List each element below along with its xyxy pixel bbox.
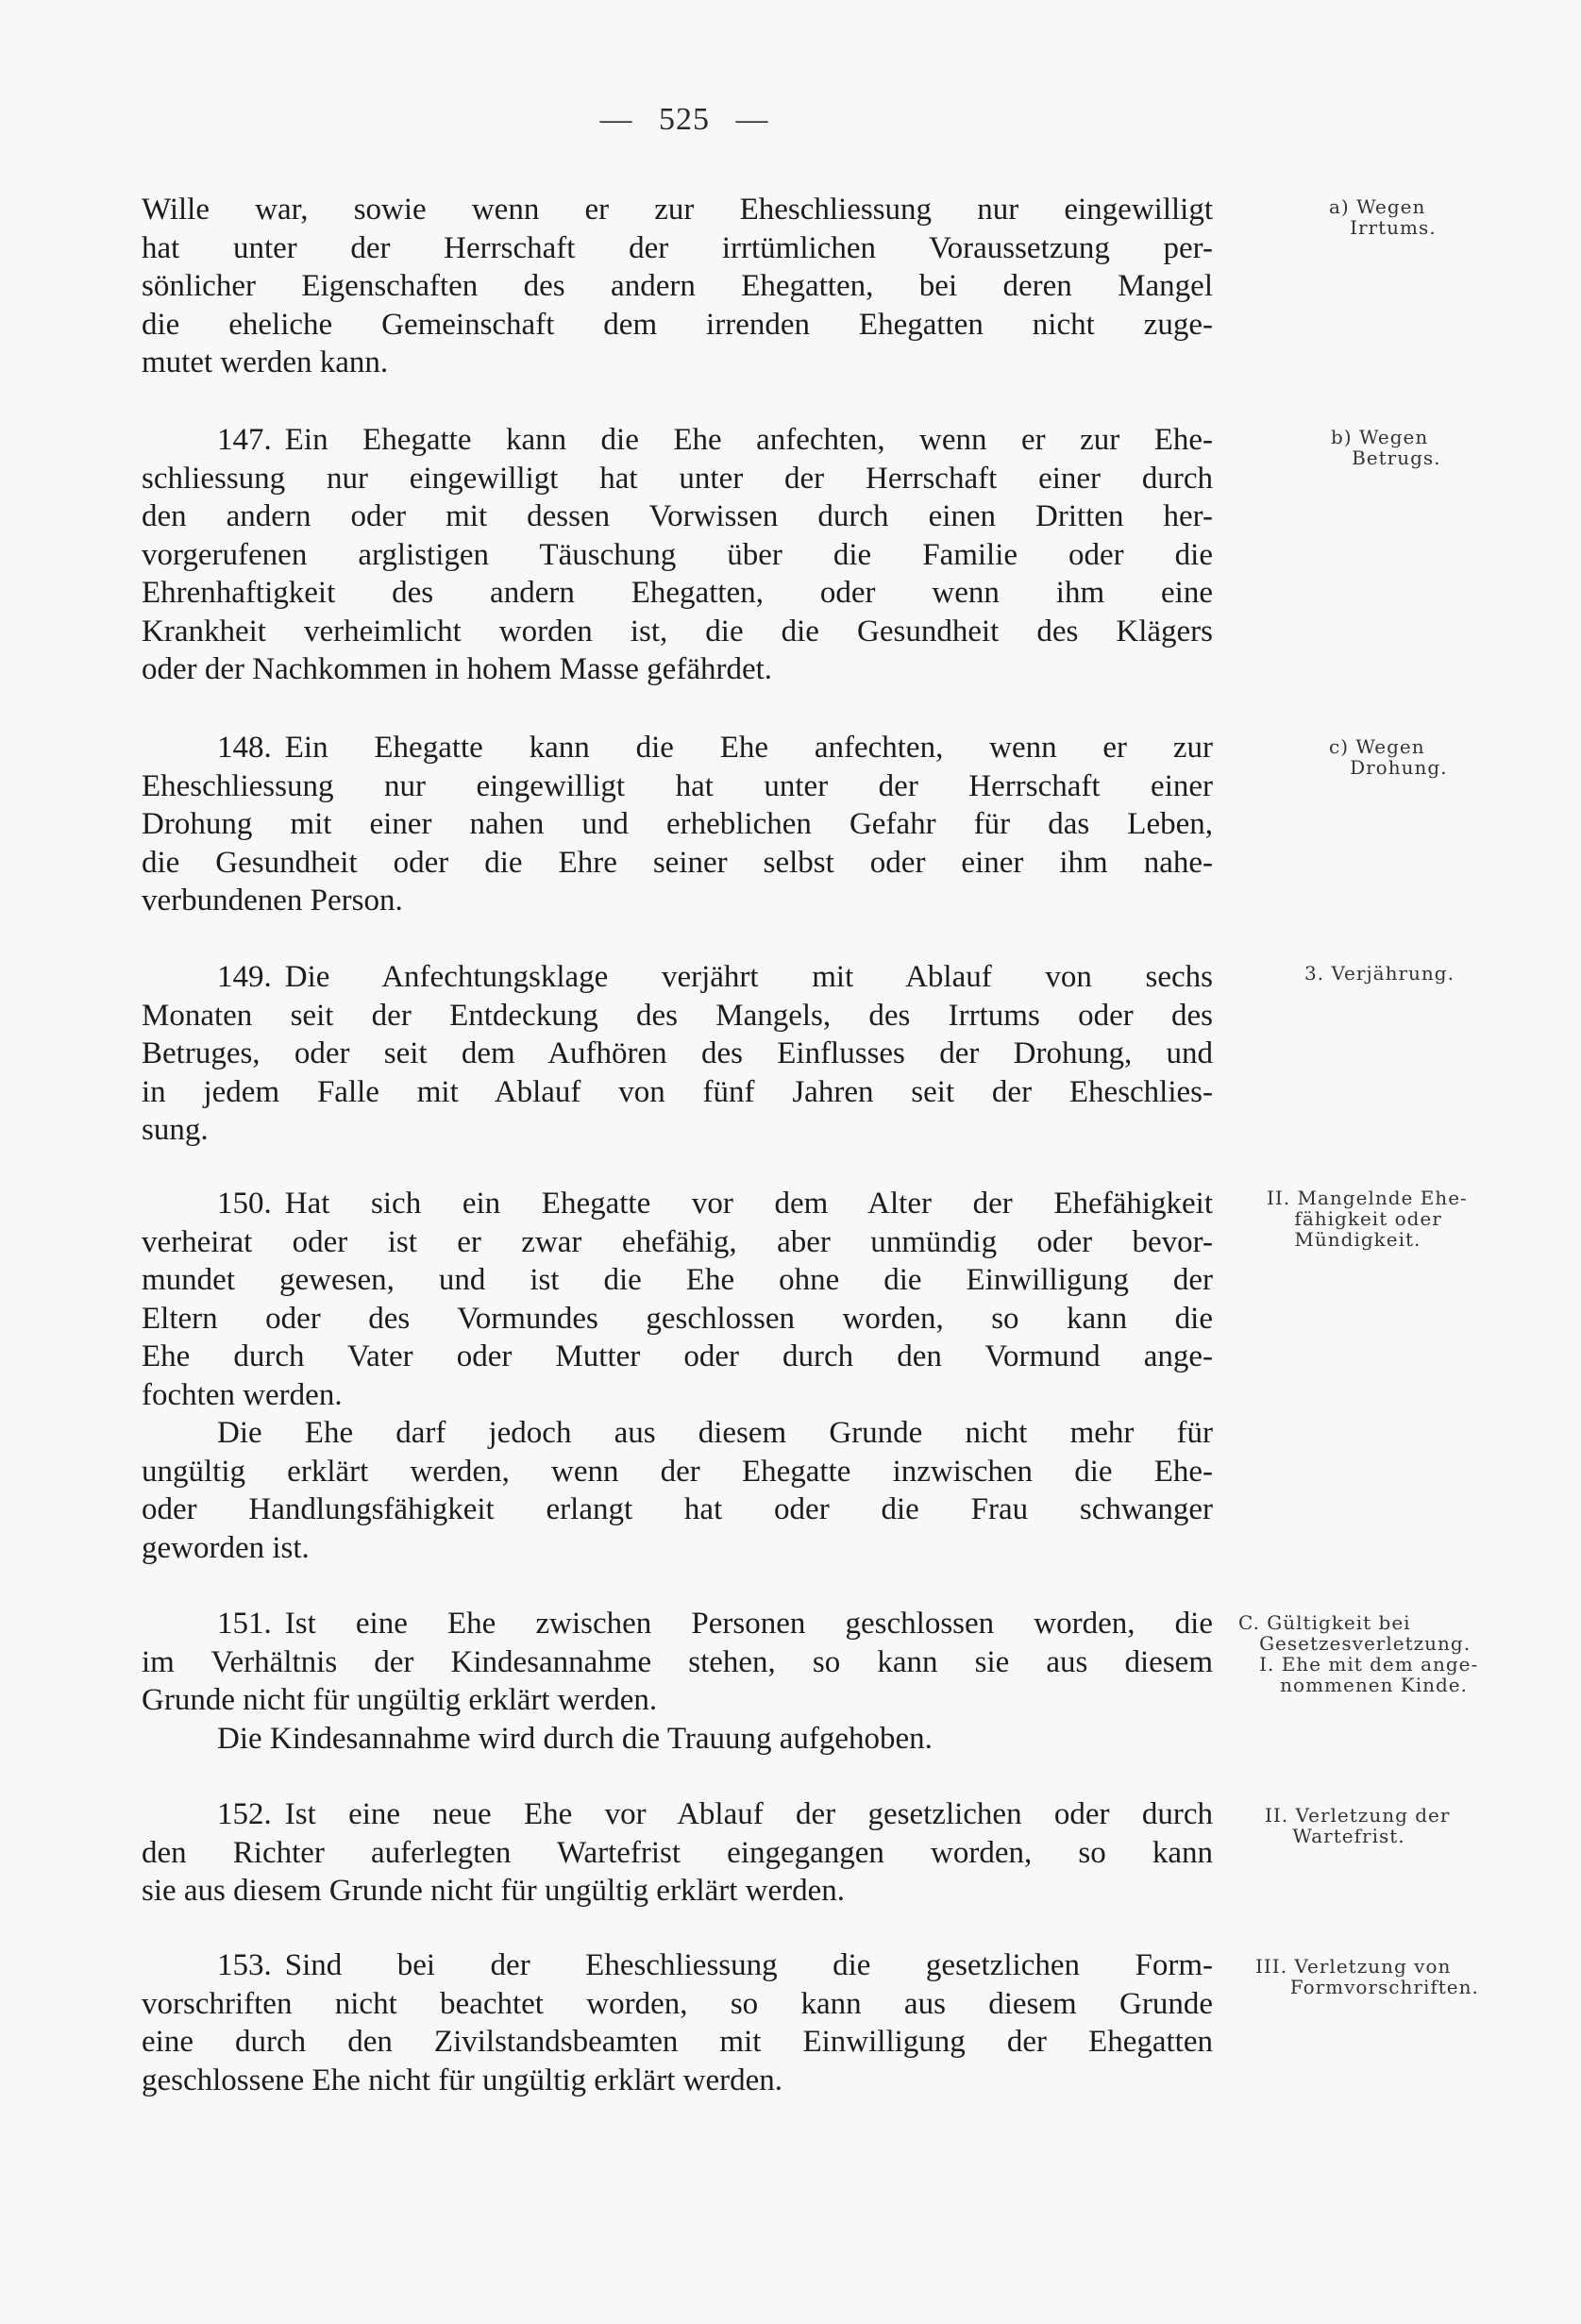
text-line-content: in jedem Falle mit Ablauf von fünf Jahre…	[142, 1075, 1213, 1109]
text-line: 151.Ist eine Ehe zwischen Personen gesch…	[142, 1605, 1213, 1643]
text-line-content: mundet gewesen, und ist die Ehe ohne die…	[142, 1263, 1213, 1297]
text-line: geworden ist.	[142, 1529, 1213, 1568]
article-number: 150.	[217, 1187, 272, 1221]
text-line-content: die eheliche Gemeinschaft dem irrenden E…	[142, 308, 1213, 342]
text-line: hat unter der Herrschaft der irrtümliche…	[142, 229, 1213, 268]
text-line: die Gesundheit oder die Ehre seiner selb…	[142, 844, 1213, 883]
text-line-content: Ehe durch Vater oder Mutter oder durch d…	[142, 1339, 1213, 1373]
text-line: 150.Hat sich ein Ehegatte vor dem Alter …	[142, 1185, 1213, 1223]
text-line-content: Betruges, oder seit dem Aufhören des Ein…	[142, 1036, 1213, 1070]
text-line: sönlicher Eigenschaften des andern Ehega…	[142, 267, 1213, 306]
margin-note-wegen-drohung: c) Wegen Drohung.	[1329, 736, 1448, 778]
text-line-content: verheirat oder ist er zwar ehefähig, abe…	[142, 1225, 1213, 1259]
margin-note-mangelnde-ehefaehigkeit: II. Mangelnde Ehe- fähigkeit oder Mündig…	[1267, 1187, 1468, 1250]
text-line-content: Drohung mit einer nahen und erheblichen …	[142, 807, 1213, 841]
text-line: sung.	[142, 1111, 1213, 1150]
text-line: eine durch den Zivilstandsbeamten mit Ei…	[142, 2023, 1213, 2062]
article-152: 152.Ist eine neue Ehe vor Ablauf der ges…	[142, 1795, 1213, 1911]
text-line: den andern oder mit dessen Vorwissen dur…	[142, 497, 1213, 536]
text-line-content: hat unter der Herrschaft der irrtümliche…	[142, 231, 1213, 265]
text-line-content: Ein Ehegatte kann die Ehe anfechten, wen…	[285, 423, 1213, 457]
text-line: Wille war, sowie wenn er zur Eheschliess…	[142, 191, 1213, 229]
article-150: 150.Hat sich ein Ehegatte vor dem Alter …	[142, 1185, 1213, 1567]
text-line: geschlossene Ehe nicht für ungültig erkl…	[142, 2062, 1213, 2100]
text-line-content: Die Anfechtungsklage verjährt mit Ablauf…	[285, 960, 1213, 994]
article-147: 147.Ein Ehegatte kann die Ehe anfechten,…	[142, 421, 1213, 689]
text-line-content: oder der Nachkommen in hohem Masse gefäh…	[142, 652, 772, 686]
text-line-content: Eheschliessung nur eingewilligt hat unte…	[142, 769, 1213, 803]
text-line: Die Ehe darf jedoch aus diesem Grunde ni…	[142, 1414, 1213, 1453]
text-line-content: Eltern oder des Vormundes geschlossen wo…	[142, 1302, 1213, 1336]
text-line: schliessung nur eingewilligt hat unter d…	[142, 460, 1213, 498]
text-line: mutet werden kann.	[142, 344, 1213, 382]
text-line-content: sung.	[142, 1113, 209, 1147]
article-number: 152.	[217, 1797, 272, 1831]
text-line-content: Die Kindesannahme wird durch die Trauung…	[217, 1722, 933, 1756]
text-line: im Verhältnis der Kindesannahme stehen, …	[142, 1643, 1213, 1682]
text-line-content: Ist eine neue Ehe vor Ablauf der gesetzl…	[285, 1797, 1213, 1831]
article-148: 148.Ein Ehegatte kann die Ehe anfechten,…	[142, 729, 1213, 920]
page-number: — 525 —	[0, 102, 1369, 138]
text-line: Monaten seit der Entdeckung des Mangels,…	[142, 997, 1213, 1036]
page-number-value: 525	[659, 102, 710, 137]
margin-note-wegen-irrtums: a) Wegen Irrtums.	[1329, 196, 1437, 238]
text-line: 147.Ein Ehegatte kann die Ehe anfechten,…	[142, 421, 1213, 460]
text-line-content: vorschriften nicht beachtet worden, so k…	[142, 1987, 1213, 2021]
text-line-content: sie aus diesem Grunde nicht für ungültig…	[142, 1874, 845, 1908]
text-line-content: sönlicher Eigenschaften des andern Ehega…	[142, 269, 1213, 303]
text-line: die eheliche Gemeinschaft dem irrenden E…	[142, 306, 1213, 345]
text-line-content: mutet werden kann.	[142, 345, 388, 379]
text-line-content: den Richter auferlegten Wartefrist einge…	[142, 1836, 1213, 1870]
text-line: 149.Die Anfechtungsklage verjährt mit Ab…	[142, 958, 1213, 997]
text-line-content: vorgerufenen arglistigen Täuschung über …	[142, 538, 1213, 572]
text-line: vorschriften nicht beachtet worden, so k…	[142, 1985, 1213, 2024]
text-line: Eltern oder des Vormundes geschlossen wo…	[142, 1300, 1213, 1339]
paragraph-continuation: Wille war, sowie wenn er zur Eheschliess…	[142, 191, 1213, 382]
text-line: den Richter auferlegten Wartefrist einge…	[142, 1834, 1213, 1873]
text-line: mundet gewesen, und ist die Ehe ohne die…	[142, 1261, 1213, 1300]
page-number-dash-left: —	[600, 102, 633, 138]
text-line: oder der Nachkommen in hohem Masse gefäh…	[142, 650, 1213, 689]
article-number: 148.	[217, 731, 272, 765]
margin-note-verjaehrung: 3. Verjährung.	[1304, 963, 1455, 984]
text-line: Drohung mit einer nahen und erheblichen …	[142, 805, 1213, 844]
margin-note-gueltigkeit-gesetzesverletzung: C. Gültigkeit bei Gesetzesverletzung. I.…	[1238, 1612, 1478, 1695]
text-line: ungültig erklärt werden, wenn der Ehegat…	[142, 1453, 1213, 1491]
text-line: Die Kindesannahme wird durch die Trauung…	[142, 1720, 1213, 1759]
text-line-content: im Verhältnis der Kindesannahme stehen, …	[142, 1645, 1213, 1679]
text-line-content: Ein Ehegatte kann die Ehe anfechten, wen…	[285, 731, 1213, 765]
text-line-content: Monaten seit der Entdeckung des Mangels,…	[142, 999, 1213, 1033]
page-number-dash-right: —	[736, 102, 769, 138]
text-line: 148.Ein Ehegatte kann die Ehe anfechten,…	[142, 729, 1213, 767]
article-149: 149.Die Anfechtungsklage verjährt mit Ab…	[142, 958, 1213, 1150]
text-line: in jedem Falle mit Ablauf von fünf Jahre…	[142, 1073, 1213, 1112]
text-line: fochten werden.	[142, 1376, 1213, 1415]
text-line-content: oder Handlungsfähigkeit erlangt hat oder…	[142, 1492, 1213, 1526]
text-line: oder Handlungsfähigkeit erlangt hat oder…	[142, 1490, 1213, 1529]
text-line: Betruges, oder seit dem Aufhören des Ein…	[142, 1035, 1213, 1073]
text-line: Ehe durch Vater oder Mutter oder durch d…	[142, 1338, 1213, 1376]
article-number: 149.	[217, 960, 272, 994]
text-line: 152.Ist eine neue Ehe vor Ablauf der ges…	[142, 1795, 1213, 1834]
text-line-content: Sind bei der Eheschliessung die gesetzli…	[285, 1948, 1213, 1982]
text-line-content: ungültig erklärt werden, wenn der Ehegat…	[142, 1455, 1213, 1489]
article-number: 151.	[217, 1607, 272, 1641]
text-line-content: Grunde nicht für ungültig erklärt werden…	[142, 1683, 657, 1717]
text-line: sie aus diesem Grunde nicht für ungültig…	[142, 1872, 1213, 1911]
text-line: verbundenen Person.	[142, 882, 1213, 920]
text-line-content: geworden ist.	[142, 1531, 310, 1565]
article-number: 153.	[217, 1948, 272, 1982]
margin-note-wegen-betrugs: b) Wegen Betrugs.	[1331, 427, 1441, 468]
margin-note-verletzung-formvorschriften: III. Verletzung von Formvorschriften.	[1255, 1956, 1479, 1997]
text-line: vorgerufenen arglistigen Täuschung über …	[142, 536, 1213, 575]
text-line-content: verbundenen Person.	[142, 884, 403, 918]
text-line: Krankheit verheimlicht worden ist, die d…	[142, 613, 1213, 651]
margin-note-verletzung-wartefrist: II. Verletzung der Wartefrist.	[1265, 1805, 1450, 1846]
text-line-content: schliessung nur eingewilligt hat unter d…	[142, 462, 1213, 496]
text-line: Ehrenhaftigkeit des andern Ehegatten, od…	[142, 574, 1213, 613]
text-line-content: Ist eine Ehe zwischen Personen geschloss…	[285, 1607, 1213, 1641]
text-line-content: Die Ehe darf jedoch aus diesem Grunde ni…	[217, 1416, 1213, 1450]
text-line-content: die Gesundheit oder die Ehre seiner selb…	[142, 846, 1213, 880]
text-line-content: fochten werden.	[142, 1378, 343, 1412]
article-number: 147.	[217, 423, 272, 457]
text-line: Grunde nicht für ungültig erklärt werden…	[142, 1681, 1213, 1720]
text-line-content: eine durch den Zivilstandsbeamten mit Ei…	[142, 2025, 1213, 2059]
text-line: verheirat oder ist er zwar ehefähig, abe…	[142, 1223, 1213, 1262]
article-153: 153.Sind bei der Eheschliessung die gese…	[142, 1946, 1213, 2099]
text-line: Eheschliessung nur eingewilligt hat unte…	[142, 767, 1213, 806]
text-line-content: den andern oder mit dessen Vorwissen dur…	[142, 499, 1213, 533]
text-line-content: geschlossene Ehe nicht für ungültig erkl…	[142, 2063, 782, 2097]
text-line-content: Ehrenhaftigkeit des andern Ehegatten, od…	[142, 576, 1213, 610]
text-line-content: Wille war, sowie wenn er zur Eheschliess…	[142, 193, 1213, 227]
text-line-content: Hat sich ein Ehegatte vor dem Alter der …	[285, 1187, 1213, 1221]
article-151: 151.Ist eine Ehe zwischen Personen gesch…	[142, 1605, 1213, 1758]
text-line: 153.Sind bei der Eheschliessung die gese…	[142, 1946, 1213, 1985]
text-line-content: Krankheit verheimlicht worden ist, die d…	[142, 615, 1213, 648]
